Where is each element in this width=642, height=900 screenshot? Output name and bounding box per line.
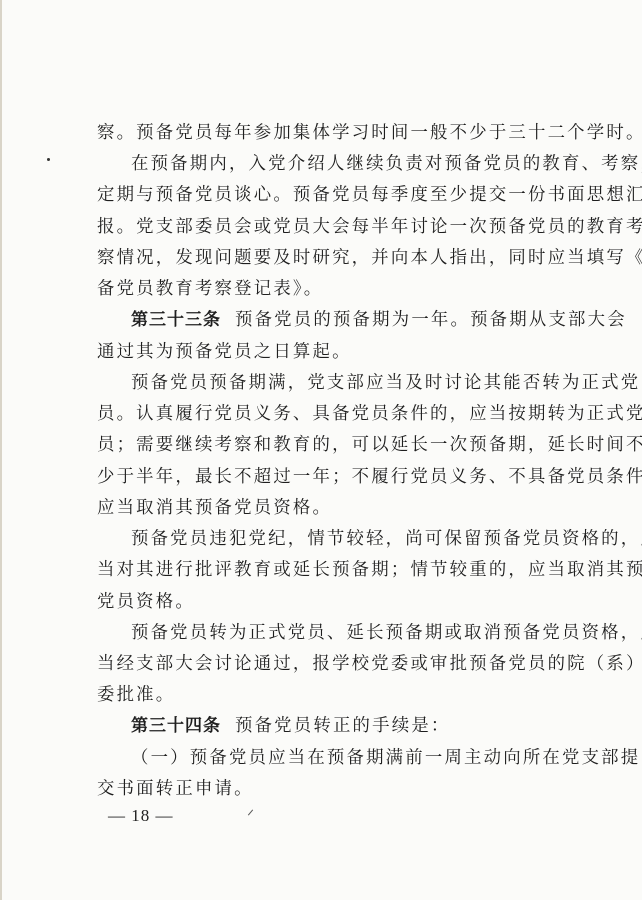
text-line: 报。党支部委员会或党员大会每半年讨论一次预备党员的教育考 xyxy=(97,212,561,243)
scan-page-edge xyxy=(0,0,2,900)
paragraph-first-line: 预备党员预备期满，党支部应当及时讨论其能否转为正式党 xyxy=(97,368,561,399)
text-line: 员；需要继续考察和教育的，可以延长一次预备期，延长时间不能 xyxy=(97,430,561,461)
paragraph-first-line: 预备党员违犯党纪，情节较轻，尚可保留预备党员资格的，应 xyxy=(97,524,561,555)
text-line: 委批准。 xyxy=(97,680,567,711)
text-line: 交书面转正申请。 xyxy=(97,774,567,805)
paragraph-first-line: （一）预备党员应当在预备期满前一周主动向所在党支部提 xyxy=(97,743,561,774)
paragraph-first-line: 预备党员转为正式党员、延长预备期或取消预备党员资格，应 xyxy=(97,618,561,649)
scan-speck xyxy=(47,158,50,161)
text-line: 察情况，发现问题要及时研究，并向本人指出，同时应当填写《预 xyxy=(97,243,561,274)
paragraph-first-line: 在预备期内，入党介绍人继续负责对预备党员的教育、考察， xyxy=(97,149,561,180)
article-34-heading-line: 第三十四条预备党员转正的手续是： xyxy=(97,711,567,742)
article-number: 第三十四条 xyxy=(131,716,221,736)
text-line: 察。预备党员每年参加集体学习时间一般不少于三十二个学时。 xyxy=(97,118,561,149)
document-body: 察。预备党员每年参加集体学习时间一般不少于三十二个学时。 在预备期内，入党介绍人… xyxy=(97,118,567,805)
text-line: 当经支部大会讨论通过，报学校党委或审批预备党员的院（系）党 xyxy=(97,649,561,680)
text-line: 应当取消其预备党员资格。 xyxy=(97,493,567,524)
article-text: 预备党员的预备期为一年。预备期从支部大会 xyxy=(235,310,627,330)
text-line: 备党员教育考察登记表》。 xyxy=(97,274,567,305)
article-text: 预备党员转正的手续是： xyxy=(235,716,451,736)
scan-mark xyxy=(248,809,253,815)
text-line: 员。认真履行党员义务、具备党员条件的，应当按期转为正式党 xyxy=(97,399,561,430)
text-line: 党员资格。 xyxy=(97,587,567,618)
text-line: 当对其进行批评教育或延长预备期；情节较重的，应当取消其预备 xyxy=(97,555,561,586)
text-line: 少于半年，最长不超过一年；不履行党员义务、不具备党员条件的， xyxy=(97,462,561,493)
text-line: 定期与预备党员谈心。预备党员每季度至少提交一份书面思想汇 xyxy=(97,180,561,211)
article-number: 第三十三条 xyxy=(131,310,221,330)
text-line: 通过其为预备党员之日算起。 xyxy=(97,337,567,368)
page-number: — 18 — xyxy=(108,806,174,826)
article-33-heading-line: 第三十三条预备党员的预备期为一年。预备期从支部大会 xyxy=(97,305,567,336)
